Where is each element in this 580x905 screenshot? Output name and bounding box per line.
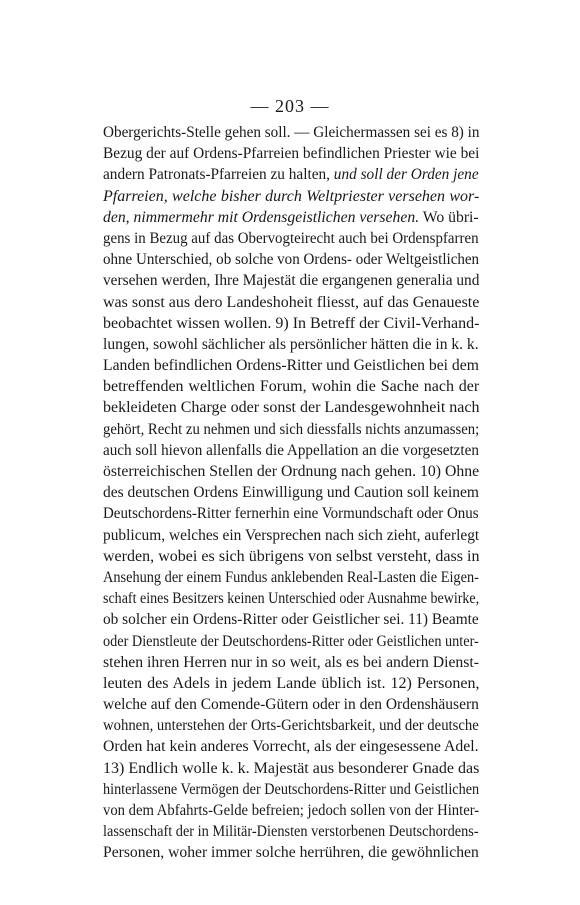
text-line: gehört, Recht zu nehmen und sich diessfa… — [103, 419, 479, 440]
text-segment: Obergerichts-Stelle gehen soll. — Gleich… — [103, 124, 479, 141]
text-line: wohnen, unterstehen der Orts-Gerichtsbar… — [103, 715, 479, 736]
text-line: gens in Bezug auf das Obervogteirecht au… — [103, 228, 479, 249]
text-segment: wohnen, unterstehen der Orts-Gerichtsbar… — [103, 717, 479, 734]
text-segment: Bezug der auf Ordens-Pfarreien befindlic… — [103, 145, 479, 162]
text-segment: österreichischen Stellen der Ordnung nac… — [103, 463, 479, 480]
text-line: versehen werden, Ihre Majestät die ergan… — [103, 270, 479, 291]
text-segment: schaft eines Besitzers keinen Unterschie… — [103, 590, 479, 607]
text-line: bekleideten Charge oder sonst der Landes… — [103, 397, 479, 418]
text-line: von dem Abfahrts-Gelde befreien; jedoch … — [103, 800, 479, 821]
text-segment: gens in Bezug auf das Obervogteirecht au… — [103, 230, 479, 247]
text-line: 13) Endlich wolle k. k. Majestät aus bes… — [103, 758, 479, 779]
text-segment: versehen werden, Ihre Majestät die ergan… — [103, 272, 479, 289]
text-segment: auch soll hievon allenfalls die Appellat… — [103, 442, 479, 459]
text-line: lassenschaft der in Militär-Diensten ver… — [103, 821, 479, 842]
text-line: Pfarreien, welche bisher durch Weltpries… — [103, 186, 479, 207]
page-number: — 203 — — [0, 96, 580, 117]
text-line: des deutschen Ordens Einwilligung und Ca… — [103, 482, 479, 503]
text-segment: Orden hat kein anderes Vorrecht, als der… — [103, 738, 479, 755]
text-segment: Landen befindlichen Ordens-Ritter und Ge… — [103, 357, 479, 374]
italic-text-segment: und soll der Orden jene — [334, 166, 479, 183]
text-line: ohne Unterschied, ob solche von Ordens- … — [103, 249, 479, 270]
text-line: auch soll hievon allenfalls die Appellat… — [103, 440, 479, 461]
text-segment: beobachtet wissen wollen. 9) In Betreff … — [103, 315, 479, 332]
text-line: lungen, sowohl sächlicher als persönlich… — [103, 334, 479, 355]
text-segment: ob solcher ein Ordens-Ritter oder Geistl… — [103, 611, 479, 628]
text-segment: des deutschen Ordens Einwilligung und Ca… — [103, 484, 479, 501]
text-line: werden, wobei es sich übrigens von selbs… — [103, 546, 479, 567]
text-segment: bekleideten Charge oder sonst der Landes… — [103, 399, 479, 416]
italic-text-segment: den, nimmermehr mit Ordensgeistlichen ve… — [103, 209, 419, 226]
italic-text-segment: Pfarreien, welche bisher durch Weltpries… — [103, 188, 479, 205]
text-line: hinterlassene Vermögen der Deutschordens… — [103, 779, 479, 800]
text-line: welche auf den Comende-Gütern oder in de… — [103, 694, 479, 715]
text-line: ob solcher ein Ordens-Ritter oder Geistl… — [103, 609, 479, 630]
text-line: stehen ihren Herren nur in so weit, als … — [103, 652, 479, 673]
text-line: andern Patronats-Pfarreien zu halten, un… — [103, 164, 479, 185]
text-segment: andern Patronats-Pfarreien zu halten, — [103, 166, 334, 183]
text-segment: stehen ihren Herren nur in so weit, als … — [103, 654, 479, 671]
text-line: was sonst aus dero Landeshoheit fliesst,… — [103, 292, 479, 313]
text-line: Personen, woher immer solche herrühren, … — [103, 842, 479, 863]
text-line: schaft eines Besitzers keinen Unterschie… — [103, 588, 479, 609]
book-page: — 203 — Obergerichts-Stelle gehen soll. … — [0, 0, 580, 905]
text-segment: Personen, woher immer solche herrühren, … — [103, 844, 479, 861]
text-segment: Deutschordens-Ritter fernerhin eine Vorm… — [103, 505, 479, 522]
text-line: Orden hat kein anderes Vorrecht, als der… — [103, 736, 479, 757]
text-segment: was sonst aus dero Landeshoheit fliesst,… — [103, 294, 479, 311]
text-line: Landen befindlichen Ordens-Ritter und Ge… — [103, 355, 479, 376]
text-segment: gehört, Recht zu nehmen und sich diessfa… — [103, 421, 479, 438]
text-segment: 13) Endlich wolle k. k. Majestät aus bes… — [103, 760, 479, 777]
text-segment: lungen, sowohl sächlicher als persönlich… — [103, 336, 479, 353]
text-line: betreffenden weltlichen Forum, wohin die… — [103, 376, 479, 397]
text-line: Obergerichts-Stelle gehen soll. — Gleich… — [103, 122, 479, 143]
text-segment: ohne Unterschied, ob solche von Ordens- … — [103, 251, 479, 268]
text-segment: werden, wobei es sich übrigens von selbs… — [103, 548, 479, 565]
text-segment: lassenschaft der in Militär-Diensten ver… — [103, 823, 479, 840]
text-segment: von dem Abfahrts-Gelde befreien; jedoch … — [103, 802, 479, 819]
body-text: Obergerichts-Stelle gehen soll. — Gleich… — [103, 122, 479, 864]
text-line: publicum, welches ein Versprechen nach s… — [103, 525, 479, 546]
text-line: österreichischen Stellen der Ordnung nac… — [103, 461, 479, 482]
text-line: den, nimmermehr mit Ordensgeistlichen ve… — [103, 207, 479, 228]
text-segment: leuten des Adels in jedem Lande üblich i… — [103, 675, 479, 692]
text-segment: publicum, welches ein Versprechen nach s… — [103, 527, 479, 544]
text-line: Deutschordens-Ritter fernerhin eine Vorm… — [103, 503, 479, 524]
text-segment: welche auf den Comende-Gütern oder in de… — [103, 696, 479, 713]
text-segment: Wo übri- — [419, 209, 479, 226]
text-segment: hinterlassene Vermögen der Deutschordens… — [103, 781, 479, 798]
text-segment: Ansehung der einem Fundus anklebenden Re… — [103, 569, 479, 586]
text-line: oder Dienstleute der Deutschordens-Ritte… — [103, 631, 479, 652]
text-line: beobachtet wissen wollen. 9) In Betreff … — [103, 313, 479, 334]
text-line: leuten des Adels in jedem Lande üblich i… — [103, 673, 479, 694]
text-line: Ansehung der einem Fundus anklebenden Re… — [103, 567, 479, 588]
text-line: Bezug der auf Ordens-Pfarreien befindlic… — [103, 143, 479, 164]
text-segment: betreffenden weltlichen Forum, wohin die… — [103, 378, 479, 395]
text-segment: oder Dienstleute der Deutschordens-Ritte… — [103, 633, 479, 650]
